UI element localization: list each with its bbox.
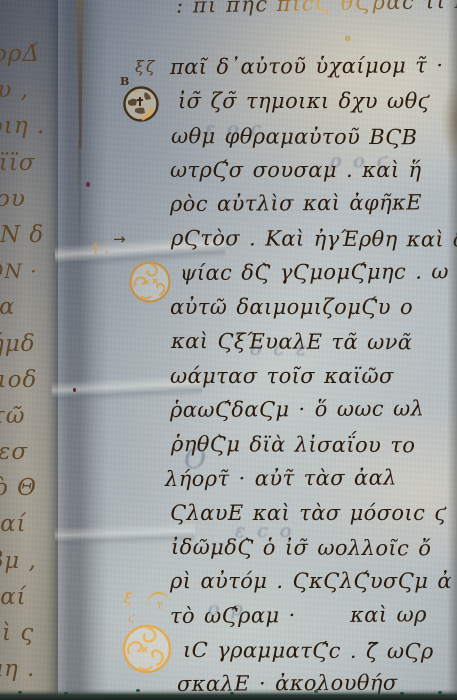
text-line: τὸ ωϚ́ραμ · καὶ ωρ: [170, 599, 457, 635]
facing-page-text-fragment: ξιοδ: [0, 362, 45, 398]
text-line: ρϚτὸσ . Καὶ ἠγΈρθη καὶ δ: [171, 223, 457, 259]
facing-page-text-fragment: ορΔ́: [0, 36, 45, 72]
facing-page-text-fragment: Ν δ: [0, 217, 45, 253]
facing-page-text-fragment: τῶ: [0, 398, 45, 434]
ink-speck: [86, 182, 90, 187]
facing-page-text-fragment: καί: [0, 506, 45, 542]
gold-fleck-icon: [345, 36, 350, 41]
text-line: ῥηθϚ̀μ δϊὰ λἰσαΐου το: [171, 429, 457, 465]
text-line: ωθμ φθραμαὐτοῦ ΒϚΒ: [171, 121, 457, 157]
facing-page-text-fragment: ὸ Θ: [0, 470, 45, 506]
facing-page-text-fragment: οιη .: [0, 108, 45, 144]
text-line: ἰσ̃ ζσ̃ τημοικι δχυ ωθϛ: [178, 86, 457, 120]
text-line: παῖ δ᾽αὐτοῦ ὑχαίμομ τ̃ ·: [170, 50, 457, 86]
text-line: λήορτ̃ · αὐτ̃ τὰσ ἀαλ: [165, 462, 457, 498]
facing-page-text-fragment: ου: [0, 181, 45, 217]
binding-ribbon-tail: [78, 140, 81, 260]
facing-page-text-fragment: καί: [0, 579, 45, 615]
gold-xi-mark: ξ̈: [124, 591, 132, 607]
margin-arrow-mark: →: [113, 230, 126, 248]
text-line: ωάμτασ τοῖσ καϊῶσ: [170, 361, 457, 395]
text-line: ψίαϲ δϚ̀ γϚμομϚ́μηϲ . ω: [180, 256, 457, 292]
main-text-block: παῖ δ᾽αὐτοῦ ὑχαίμομ τ̃ ·ἰσ̃ ζσ̃ τημοικι …: [170, 52, 457, 700]
facing-page-text-fragment: ΟΝ ·: [0, 253, 45, 289]
facing-page-text-fragment: εσ: [0, 434, 45, 470]
facing-page-text-fragment: δϊϊσ: [0, 145, 45, 181]
text-line: καὶ ϚξΈυαλΕ τᾶ ωνᾶ: [171, 326, 457, 362]
facing-page-text-fragment: ευ ,: [0, 72, 45, 108]
gold-cross-mark: † ⁚: [92, 239, 109, 257]
running-header: : πι πηϲ πιϲϚ θϚ́ραϲ τι προ: [176, 0, 457, 17]
facing-page-text-fragment: να: [0, 289, 45, 325]
text-line: ϚλαυΕ καὶ τὰσ μόσοιϲ ϛ: [170, 498, 457, 532]
gold-medallion-icon: [127, 259, 173, 305]
text-line: ρὶ αὐτόμ . ϚκϚλϚ́υσϚμ ἀ: [170, 566, 457, 600]
facing-page-text-fragment: βμ ,: [0, 543, 45, 579]
manuscript-photo: ε ο ϲ ρ ο ϛ ο ϲ ε Ο ε ϲ ο ο ρ : πι πηϲ π…: [0, 0, 457, 700]
text-line: ωτρϚ́σ σουσαμ . καὶ ἥ: [170, 155, 457, 189]
gold-tau-mark: τ: [156, 598, 163, 613]
facing-page-text-fragment: ὶ ς: [2, 615, 45, 651]
gold-medallion-large-icon: [120, 622, 174, 676]
inked-medallion-icon: [121, 84, 161, 124]
text-line: ἰδῶμδϚ̀ ὁ ἰσ̃ ωολλοῖϲ ὄ: [171, 532, 457, 568]
facing-page-text-fragment: ήμδ: [0, 326, 45, 362]
ink-speck: [73, 388, 76, 392]
text-line: ιϹ γραμματϚ́ϲ . ζ̃ ωϚρ: [183, 635, 457, 671]
photo-bottom-edge: [0, 689, 457, 700]
chapter-number: ξζ: [135, 57, 156, 76]
text-line: ρὸϲ αὐτλὶσ καὶ ἀφῆκΕ: [170, 187, 457, 223]
facing-page-text-column: ορΔ́ευ ,οιη .δϊϊσουΝ δΟΝ ·ναήμδξιοδτῶεσὸ…: [0, 36, 45, 687]
facing-page-text-fragment: μη .: [0, 651, 45, 687]
text-line: ῥαωϚ́δαϚμ · ὅ ωωϲ ωλ: [170, 393, 457, 429]
text-line: αὐτῶ δαιμομιζομϚ́υ ο: [170, 292, 457, 326]
bottom-speckles: [18, 691, 22, 694]
page-right-edge: [447, 0, 457, 700]
